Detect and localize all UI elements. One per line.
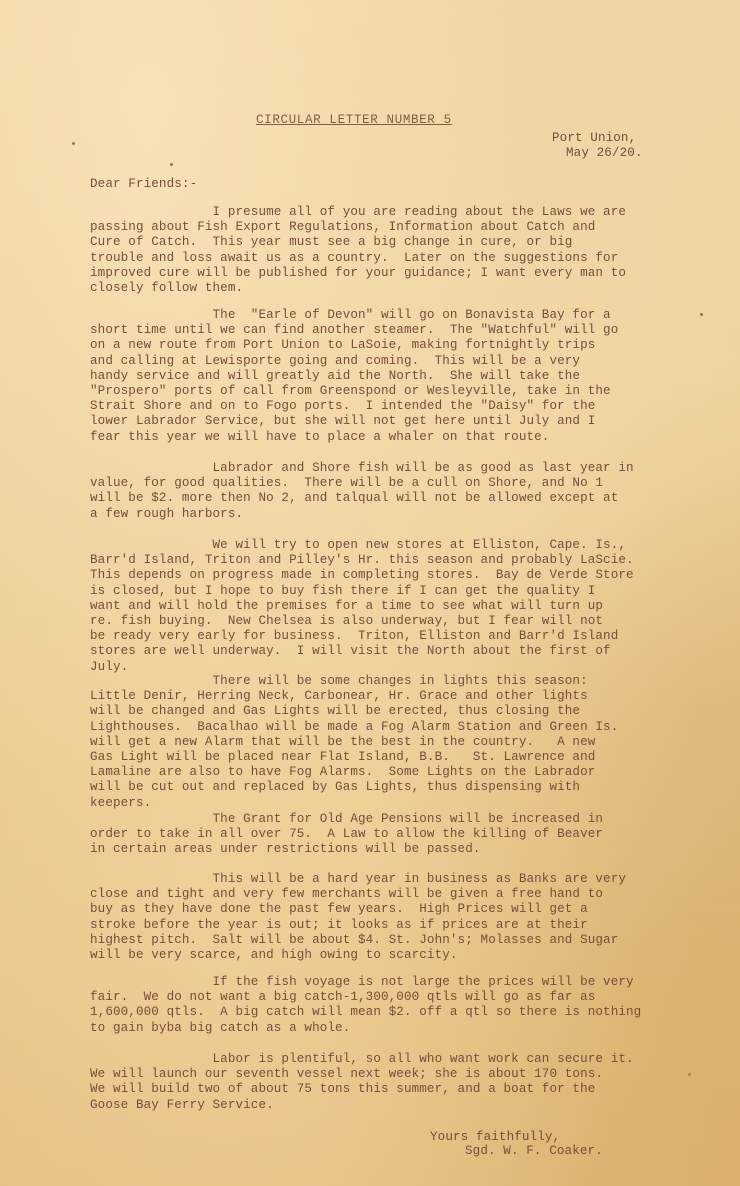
paragraph-fish-value: Labrador and Shore fish will be as good … (90, 461, 634, 522)
letter-page: CIRCULAR LETTER NUMBER 5 Port Union, May… (0, 0, 740, 1186)
closing: Yours faithfully, (430, 1130, 560, 1145)
paragraph-fish-voyage: If the fish voyage is not large the pric… (90, 975, 641, 1036)
paragraph-lights: There will be some changes in lights thi… (90, 674, 618, 811)
paragraph-pensions: The Grant for Old Age Pensions will be i… (90, 812, 603, 858)
paper-speck (72, 142, 75, 145)
letter-title: CIRCULAR LETTER NUMBER 5 (256, 113, 452, 128)
paragraph-business: This will be a hard year in business as … (90, 872, 626, 963)
paragraph-steamers: The "Earle of Devon" will go on Bonavist… (90, 308, 618, 445)
paragraph-new-stores: We will try to open new stores at Ellist… (90, 538, 634, 675)
letter-date: May 26/20. (566, 146, 643, 161)
paper-speck (700, 313, 703, 316)
paragraph-labor: Labor is plentiful, so all who want work… (90, 1052, 634, 1113)
letter-place: Port Union, (552, 131, 636, 146)
paper-speck (688, 1073, 691, 1076)
signature: Sgd. W. F. Coaker. (465, 1144, 603, 1159)
salutation: Dear Friends:- (90, 177, 197, 192)
paragraph-fish-export: I presume all of you are reading about t… (90, 205, 626, 296)
paper-speck (170, 163, 173, 166)
